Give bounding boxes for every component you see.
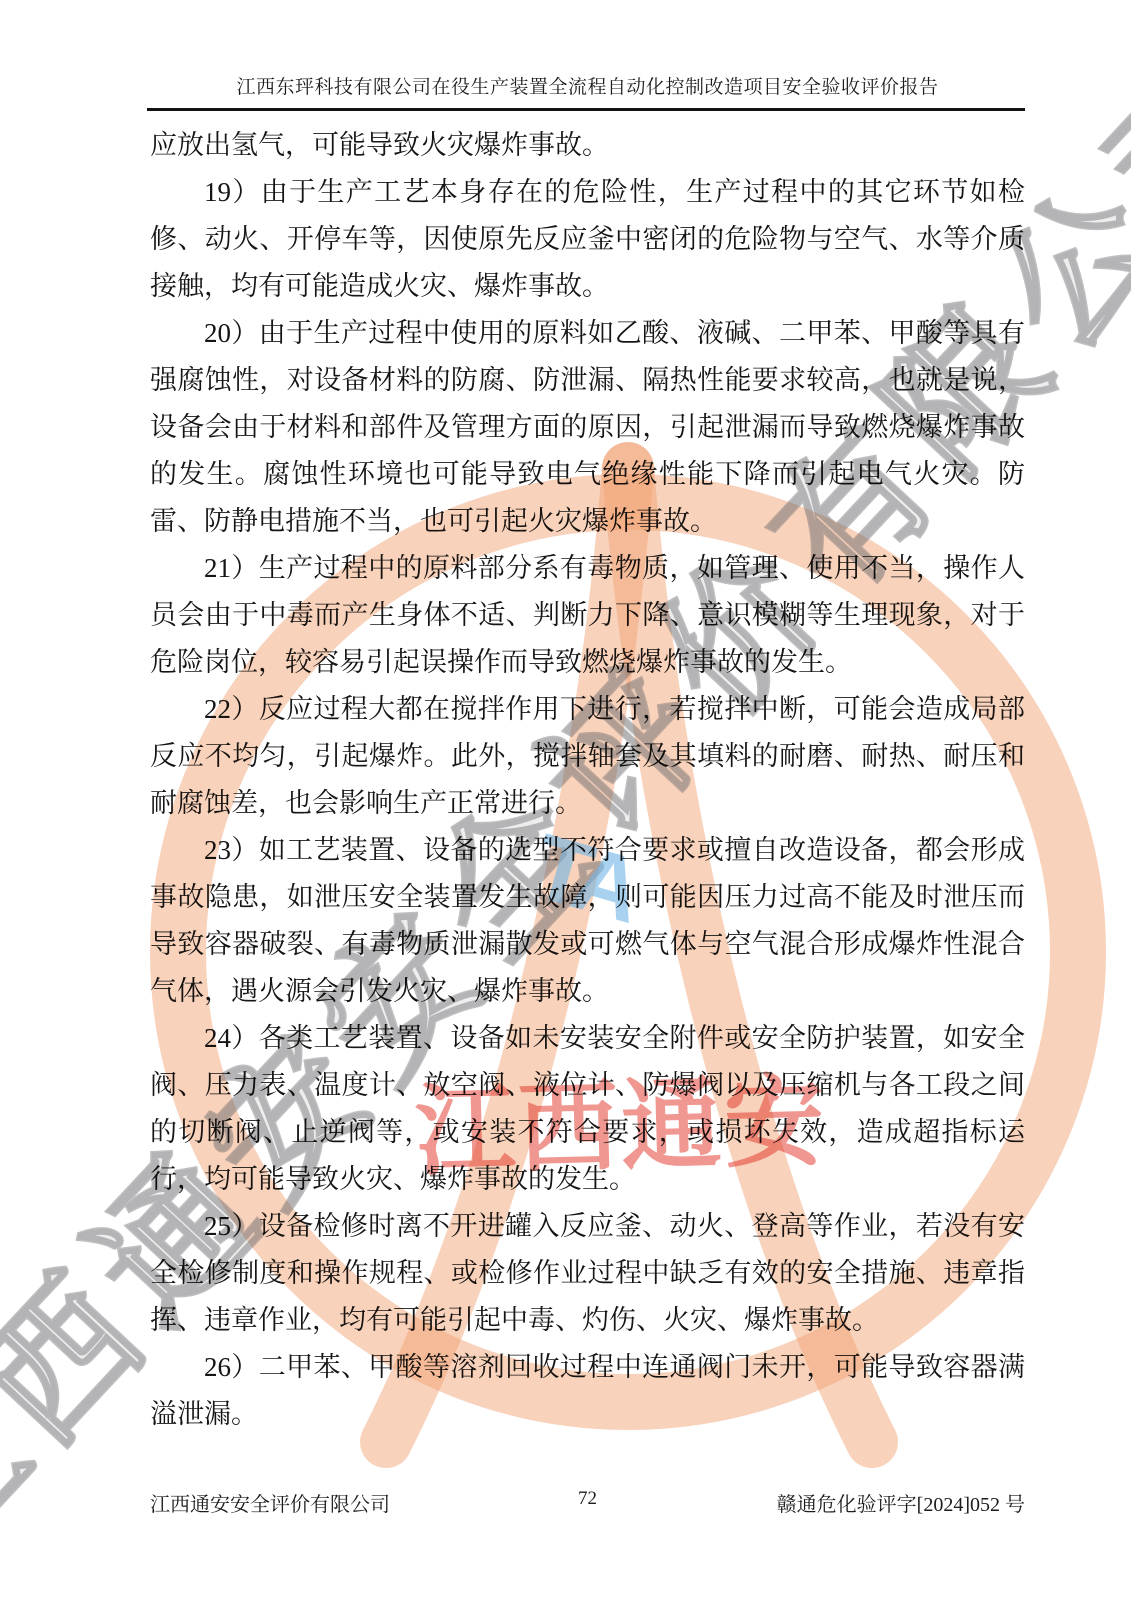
header-rule — [147, 108, 1025, 111]
body-paragraph: 22）反应过程大都在搅拌作用下进行，若搅拌中断，可能会造成局部反应不均匀，引起爆… — [150, 686, 1025, 827]
report-page: 江西东玶科技有限公司在役生产装置全流程自动化控制改造项目安全验收评价报告 应放出… — [0, 0, 1131, 1600]
body-paragraph: 19）由于生产工艺本身存在的危险性，生产过程中的其它环节如检修、动火、开停车等，… — [150, 169, 1025, 310]
footer-document-number: 赣通危化验评字[2024]052 号 — [777, 1488, 1025, 1517]
body-text: 应放出氢气，可能导致火灾爆炸事故。19）由于生产工艺本身存在的危险性，生产过程中… — [150, 122, 1025, 1438]
page-header-title: 江西东玶科技有限公司在役生产装置全流程自动化控制改造项目安全验收评价报告 — [150, 72, 1025, 99]
body-paragraph: 24）各类工艺装置、设备如未安装安全附件或安全防护装置，如安全阀、压力表、温度计… — [150, 1015, 1025, 1203]
body-paragraph: 23）如工艺装置、设备的选型不符合要求或擅自改造设备，都会形成事故隐患，如泄压安… — [150, 827, 1025, 1015]
body-paragraph: 20）由于生产过程中使用的原料如乙酸、液碱、二甲苯、甲酸等具有强腐蚀性，对设备材… — [150, 310, 1025, 545]
body-paragraph: 26）二甲苯、甲酸等溶剂回收过程中连通阀门未开，可能导致容器满溢泄漏。 — [150, 1344, 1025, 1438]
body-paragraph: 21）生产过程中的原料部分系有毒物质，如管理、使用不当，操作人员会由于中毒而产生… — [150, 545, 1025, 686]
page-footer: 江西通安安全评价有限公司 72 赣通危化验评字[2024]052 号 — [150, 1488, 1025, 1518]
body-paragraph: 应放出氢气，可能导致火灾爆炸事故。 — [150, 122, 1025, 169]
body-paragraph: 25）设备检修时离不开进罐入反应釜、动火、登高等作业，若没有安全检修制度和操作规… — [150, 1203, 1025, 1344]
